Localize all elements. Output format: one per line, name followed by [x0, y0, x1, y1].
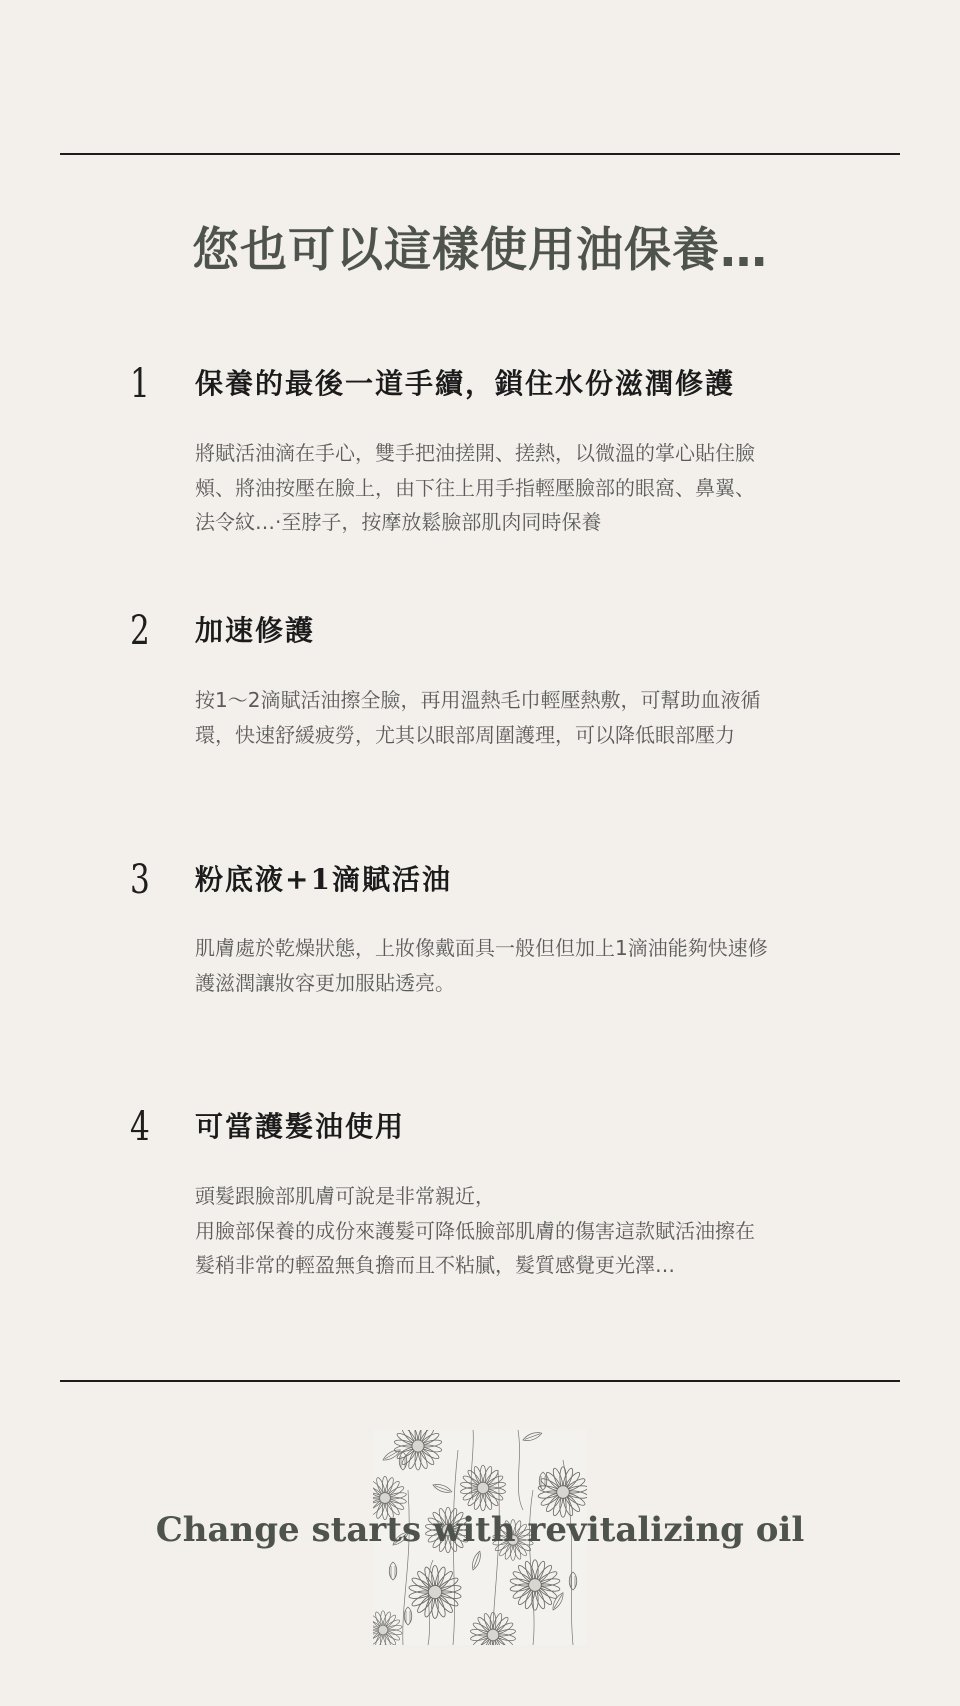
step-number: 2 — [130, 607, 153, 655]
step-number: 4 — [130, 1103, 153, 1151]
step-body-line: 護滋潤讓妝容更加服貼透亮。 — [195, 966, 795, 1001]
step-body-line: 髮稍非常的輕盈無負擔而且不粘膩，髮質感覺更光澤… — [195, 1248, 795, 1283]
step-body: 肌膚處於乾燥狀態，上妝像戴面具一般但但加上1滴油能夠快速修 護滋潤讓妝容更加服貼… — [195, 931, 795, 1000]
step-number: 1 — [130, 360, 153, 408]
tagline: Change starts with revitalizing oil — [0, 1508, 960, 1552]
step-body: 將賦活油滴在手心，雙手把油搓開、搓熱，以微溫的掌心貼住臉 頰、將油按壓在臉上，由… — [195, 436, 795, 540]
step-body-line: 肌膚處於乾燥狀態，上妝像戴面具一般但但加上1滴油能夠快速修 — [195, 931, 795, 966]
step-body: 頭髮跟臉部肌膚可說是非常親近， 用臉部保養的成份來護髮可降低臉部肌膚的傷害這款賦… — [195, 1179, 795, 1283]
step-body-line: 按1～2滴賦活油擦全臉，再用溫熱毛巾輕壓熱敷，可幫助血液循 — [195, 683, 795, 718]
step-body-line: 用臉部保養的成份來護髮可降低臉部肌膚的傷害這款賦活油擦在 — [195, 1214, 795, 1249]
step-body-line: 法令紋…‧至脖子，按摩放鬆臉部肌肉同時保養 — [195, 505, 795, 540]
step-body-line: 頭髮跟臉部肌膚可說是非常親近， — [195, 1179, 795, 1214]
top-divider — [60, 153, 900, 155]
step-heading: 可當護髮油使用 — [195, 1103, 405, 1151]
step-body-line: 頰、將油按壓在臉上，由下往上用手指輕壓臉部的眼窩、鼻翼、 — [195, 471, 795, 506]
step-body: 按1～2滴賦活油擦全臉，再用溫熱毛巾輕壓熱敷，可幫助血液循 環，快速舒緩疲勞，尤… — [195, 683, 795, 752]
bottom-divider — [60, 1380, 900, 1382]
step-heading: 保養的最後一道手續，鎖住水份滋潤修護 — [195, 360, 735, 408]
step-body-line: 環，快速舒緩疲勞，尤其以眼部周圍護理，可以降低眼部壓力 — [195, 718, 795, 753]
step-body-line: 將賦活油滴在手心，雙手把油搓開、搓熱，以微溫的掌心貼住臉 — [195, 436, 795, 471]
step-number: 3 — [130, 856, 153, 904]
step-heading: 粉底液+1滴賦活油 — [195, 856, 452, 904]
step-heading: 加速修護 — [195, 607, 315, 655]
footer-banner: Change starts with revitalizing oil — [0, 1430, 960, 1645]
page-title: 您也可以這樣使用油保養… — [0, 218, 960, 284]
